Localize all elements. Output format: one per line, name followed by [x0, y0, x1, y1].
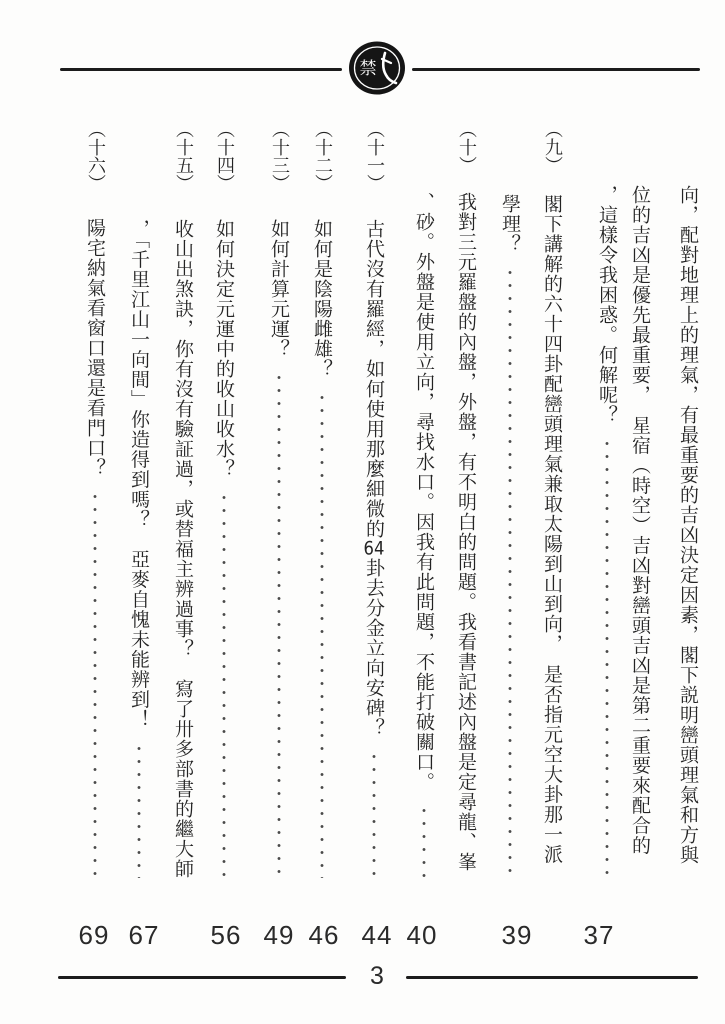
toc-column: 我對三元羅盤的內盤，外盤，有不明白的問題。我看書記述內盤是定尋龍、峯 [451, 192, 481, 878]
item-marker-13: （十三） [267, 120, 291, 192]
page-ref: 56 [196, 920, 256, 951]
toc-column: ，「千里江山一向間」你造得到嗎？ 亞麥自愧未能辨到！ [124, 219, 154, 878]
dot-leader [320, 391, 324, 878]
toc-text-column: ，「千里江山一向間」你造得到嗎？ 亞麥自愧未能辨到！ [124, 219, 154, 730]
dot-leader [222, 491, 226, 878]
toc-text-column: 收山出煞訣，你有沒有驗証過，或替福主辨過事？ 寫了卅多部書的繼大師 [168, 219, 198, 879]
toc-column: 陽宅納氣看窗口還是看門口？ [80, 218, 110, 878]
toc-column: ，這樣令我困惑。何解呢？ [592, 185, 622, 878]
toc-text-segment: 卦去分金立向安碑？ [363, 558, 385, 738]
toc-text-segment: 古代沒有羅經，如何使用那麼細微的 [363, 219, 385, 539]
bottom-rule-left [58, 976, 346, 979]
dot-leader [372, 750, 376, 878]
page-ref: 44 [347, 920, 407, 951]
toc-column: 如何決定元運中的收山收水？ [209, 219, 239, 878]
toc-text-column: 我對三元羅盤的內盤，外盤，有不明白的問題。我看書記述內盤是定尋龍、峯 [451, 192, 481, 872]
publisher-seal-icon: 禁 [348, 41, 406, 95]
top-rule-left [60, 68, 342, 71]
page-ref: 69 [64, 920, 124, 951]
item-marker-14: （十四） [212, 120, 236, 192]
toc-text-column: 學理？ [495, 194, 525, 254]
dot-leader [508, 266, 512, 878]
page-ref: 49 [249, 920, 309, 951]
toc-text-column: 閣下講解的六十四卦配巒頭理氣兼取太陽到山到向， 是否指元空大卦那一派 [537, 194, 567, 865]
toc-column: 古代沒有羅經，如何使用那麼細微的64卦去分金立向安碑？ [359, 219, 389, 878]
svg-text:禁: 禁 [360, 59, 377, 79]
toc-text-column: 陽宅納氣看窗口還是看門口？ [80, 218, 110, 478]
toc-text-column: 如何決定元運中的收山收水？ [209, 219, 239, 479]
toc-column: 位的吉凶是優先最重要， 星宿（時空）吉凶對巒頭吉凶是第二重要來配合的 [625, 185, 655, 878]
toc-text-column: 位的吉凶是優先最重要， 星宿（時空）吉凶對巒頭吉凶是第二重要來配合的 [625, 185, 655, 856]
horizontal-number: 64 [363, 539, 385, 558]
toc-column: 如何計算元運？ [264, 219, 294, 878]
toc-column: 閣下講解的六十四卦配巒頭理氣兼取太陽到山到向， 是否指元空大卦那一派 [537, 194, 567, 878]
item-marker-11: （十一） [362, 120, 386, 192]
toc-text-column: 、砂。外盤是使用立向，尋找水口。因我有此問題，不能打破關口。 [409, 192, 439, 792]
toc-text-column: ，這樣令我困惑。何解呢？ [592, 185, 622, 425]
dot-leader [605, 437, 609, 878]
dot-leader [422, 804, 426, 878]
dot-leader [93, 490, 97, 878]
toc-column: 向，配對地理上的理氣，有最重要的吉凶決定因素，閣下説明巒頭理氣和方與 [673, 185, 703, 878]
toc-column: 、砂。外盤是使用立向，尋找水口。因我有此問題，不能打破關口。 [409, 192, 439, 878]
bottom-rule-right [406, 976, 698, 979]
item-marker-12: （十二） [310, 120, 334, 192]
toc-text-column: 向，配對地理上的理氣，有最重要的吉凶決定因素，閣下説明巒頭理氣和方與 [673, 185, 703, 865]
item-marker-16: （十六） [83, 120, 107, 192]
toc-column: 收山出煞訣，你有沒有驗証過，或替福主辨過事？ 寫了卅多部書的繼大師 [168, 219, 198, 878]
item-marker-10: （十） [454, 120, 478, 174]
item-marker-15: （十五） [171, 120, 195, 192]
toc-page: 禁 （九） （十） （十一） （十二） （十三） （十四） （十五） （十六） … [0, 0, 725, 1024]
top-rule-right [412, 68, 700, 71]
toc-text-column: 如何是陰陽雌雄？ [307, 219, 337, 379]
page-ref: 39 [487, 920, 547, 951]
toc-text-column: 古代沒有羅經，如何使用那麼細微的64卦去分金立向安碑？ [359, 219, 389, 738]
item-marker-9: （九） [540, 120, 564, 174]
toc-text-column: 如何計算元運？ [264, 219, 294, 359]
dot-leader [277, 371, 281, 878]
toc-column: 學理？ [495, 194, 525, 878]
toc-column: 如何是陰陽雌雄？ [307, 219, 337, 878]
folio-number: 3 [350, 960, 404, 992]
dot-leader [137, 742, 141, 879]
page-ref: 37 [569, 920, 629, 951]
